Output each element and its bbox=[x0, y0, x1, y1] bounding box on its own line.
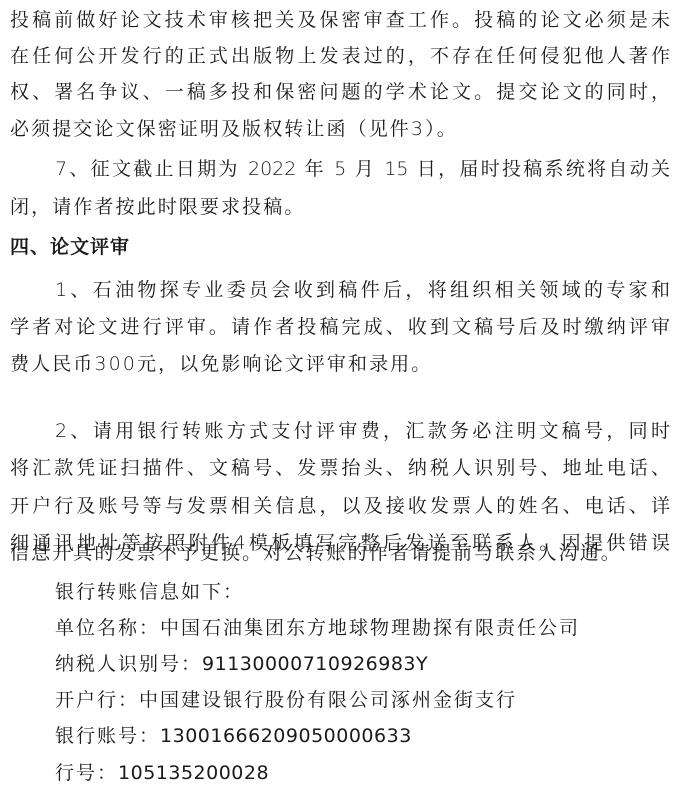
bank-field-bank: 开户行：中国建设银行股份有限公司涿州金街支行 bbox=[55, 688, 517, 712]
field-label: 行号： bbox=[55, 762, 118, 784]
field-label: 单位名称： bbox=[55, 617, 160, 639]
item1-line-2: 学者对论文进行评审。请作者投稿完成、收到文稿号后及时缴纳评审 bbox=[10, 315, 670, 339]
field-label: 银行账号： bbox=[55, 725, 160, 747]
bank-field-tax-id: 纳税人识别号：91130000710926983Y bbox=[55, 652, 428, 676]
intro-line-4: 必须提交论文保密证明及版权转让函（见件3）。 bbox=[10, 117, 670, 141]
field-label: 纳税人识别号： bbox=[55, 653, 202, 675]
item1-line-1: 1、石油物探专业委员会收到稿件后，将组织相关领域的专家和 bbox=[55, 278, 670, 302]
item2-line-3: 开户行及账号等与发票相关信息，以及接收发票人的姓名、电话、详 bbox=[10, 494, 670, 518]
intro-line-2: 在任何公开发行的正式出版物上发表过的，不存在任何侵犯他人著作 bbox=[10, 44, 670, 68]
document-page: 投稿前做好论文技术审核把关及保密审查工作。投稿的论文必须是未 在任何公开发行的正… bbox=[0, 0, 678, 795]
field-value: 中国建设银行股份有限公司涿州金街支行 bbox=[139, 689, 517, 711]
item1-line-3: 费人民币300元，以免影响论文评审和录用。 bbox=[10, 352, 670, 376]
field-value: 中国石油集团东方地球物理勘探有限责任公司 bbox=[160, 617, 580, 639]
section-heading: 四、论文评审 bbox=[10, 235, 130, 259]
bank-field-account: 银行账号：13001666209050000633 bbox=[55, 724, 412, 748]
field-value: 13001666209050000633 bbox=[160, 725, 412, 747]
intro-line-3: 权、署名争议、一稿多投和保密问题的学术论文。提交论文的同时， bbox=[10, 80, 670, 104]
field-value: 105135200028 bbox=[118, 762, 269, 784]
item7-line-2: 闭，请作者按此时限要求投稿。 bbox=[10, 195, 670, 219]
bank-field-bank-code: 行号：105135200028 bbox=[55, 761, 269, 785]
field-value: 91130000710926983Y bbox=[202, 653, 428, 675]
item2-line-1: 2、请用银行转账方式支付评审费，汇款务必注明文稿号，同时 bbox=[55, 419, 670, 443]
intro-line-1: 投稿前做好论文技术审核把关及保密审查工作。投稿的论文必须是未 bbox=[10, 8, 670, 32]
item7-line-1: 7、征文截止日期为 2022 年 5 月 15 日，届时投稿系统将自动关 bbox=[55, 157, 670, 181]
bank-field-company: 单位名称：中国石油集团东方地球物理勘探有限责任公司 bbox=[55, 616, 580, 640]
item2-line-5: 信息开具的发票不予更换。对公转账的作者请提前与联系人沟通。 bbox=[10, 541, 670, 565]
field-label: 开户行： bbox=[55, 689, 139, 711]
bank-info-title: 银行转账信息如下： bbox=[55, 580, 244, 604]
item2-line-2: 将汇款凭证扫描件、文稿号、发票抬头、纳税人识别号、地址电话、 bbox=[10, 456, 670, 480]
